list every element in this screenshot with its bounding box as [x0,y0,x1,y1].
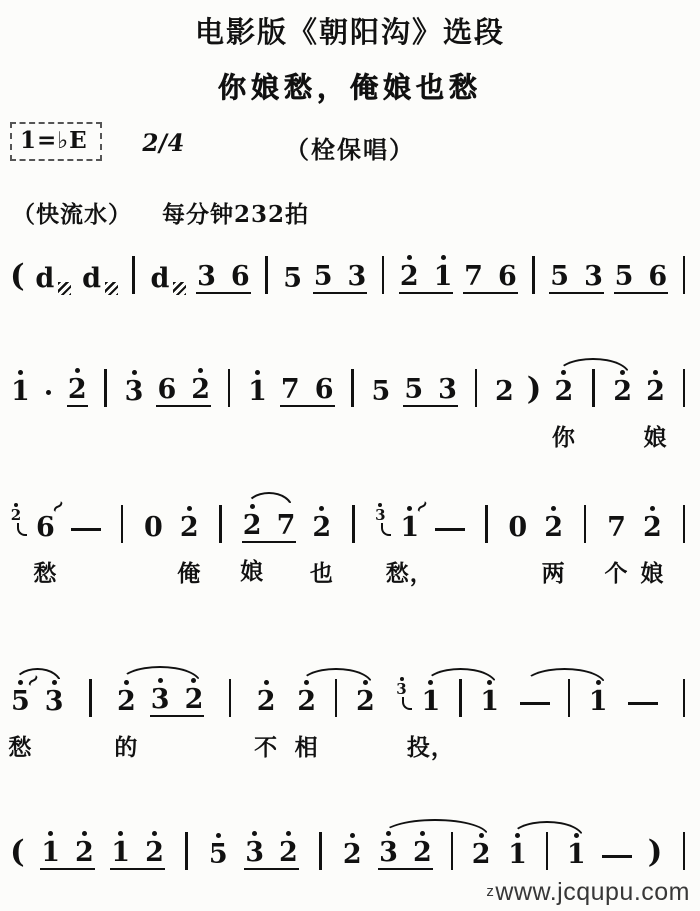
note: 1≀愁， [399,504,420,543]
note-digit: 3 [244,838,265,868]
note-digit: 1 [479,687,500,717]
note: 1 [588,678,609,717]
note-digit: 2 [144,838,165,868]
score-line-3: 26≀愁02俺2娘72也31≀愁，02两7个2娘 [6,501,694,543]
lyric: 投， [407,729,455,762]
note-digit: 1 [40,838,61,868]
note-digit: 1 [433,262,454,292]
watermark-url: www.jcqupu.com [495,878,690,906]
score-line-1: (ddd3655321765356 [6,253,694,294]
barline [180,832,192,870]
note-digit: 2 [179,513,200,543]
tremolo-slashes [58,282,71,295]
note-digit: 6 [497,262,518,292]
note-digit: 3 [347,262,368,292]
note: 2 [412,829,433,868]
barline [563,679,575,717]
note-digit: 1 [421,687,442,717]
note: d [149,255,170,294]
note: 5 [549,253,570,292]
barline [678,679,690,717]
note-digit: 2 [11,508,21,523]
augmentation-dot [43,390,55,407]
note-group: 1 [520,678,609,717]
note: 5 [208,831,229,870]
barline [224,679,236,717]
note-digit: 5 [208,840,229,870]
note-group: 56 [614,253,669,294]
note: 2 [184,676,205,715]
note: d [34,255,55,294]
lyric: 娘 [640,555,664,588]
note-group: 62 [156,366,211,407]
note-digit: 3 [150,685,171,715]
barline [347,369,359,407]
note-digit: 6 [35,513,56,543]
note: 1投， [421,678,442,717]
note-digit: 2 [494,377,515,407]
note: 0 [507,504,528,543]
note-digit: 6 [156,375,177,405]
note: 2 [612,368,633,407]
note: 2 [494,368,515,407]
note-digit: 1 [588,687,609,717]
note-digit: 2 [296,687,317,717]
barline [446,832,458,870]
lyric: 愁 [8,729,32,762]
note-digit: 2 [642,513,663,543]
note-digit: 7 [280,375,301,405]
barline [587,369,599,407]
note: 5 [371,368,392,407]
note-digit: 7 [463,262,484,292]
note: 2娘 [645,368,666,407]
note: 2 [278,829,299,868]
lyric: 不 [254,729,278,762]
note-digit: 1 [399,513,420,543]
note: 1 [247,368,268,407]
note-group: 21 [399,253,454,294]
barline [528,256,540,294]
note-group: 5≀愁3 [10,678,65,717]
barline [223,369,235,407]
note: 1 [10,368,31,407]
lyric: 相 [295,729,319,762]
note-group: 12 [40,829,95,870]
note: 2 [399,253,420,292]
note-digit: 0 [143,513,164,543]
lyric: 个 [605,555,629,588]
note: 1 [507,831,528,870]
grace-note: 3 [374,501,386,543]
note: 2 [144,829,165,868]
song-title: 你娘愁，俺娘也愁 [6,66,694,106]
note-group: 36 [196,253,251,294]
dash-note [435,528,465,544]
note: 6 [314,366,335,405]
note-digit: 5 [403,375,424,405]
note-digit: 2 [190,375,211,405]
note-digit: 7 [276,511,297,541]
paren-text: ( [10,834,25,870]
note: 6 [647,253,668,292]
note: 0 [143,504,164,543]
note: 5 [403,366,424,405]
note: 3 [124,368,145,407]
grace-hook [17,523,27,536]
tempo-row: （快流水） 每分钟232拍 [6,196,694,229]
note: 2娘 [242,502,263,541]
note: 1 [40,829,61,868]
note: 3 [347,253,368,292]
barline [84,679,96,717]
note: 1 [479,678,500,717]
note-digit: 3 [196,262,217,292]
note-digit: 3 [583,262,604,292]
note: 5 [282,255,303,294]
note-digit: 5 [371,377,392,407]
barline [314,832,326,870]
note-group: 32 [378,829,433,870]
note-digit: 2 [278,838,299,868]
dash-note [71,528,101,544]
key-signature: 1=♭E [10,122,102,161]
barline [116,505,128,543]
note-digit: d [149,264,170,294]
time-signature: 2/4 [140,128,186,157]
barline [330,679,342,717]
sheet-music-page: 电影版《朝阳沟》选段 你娘愁，俺娘也愁 1=♭E 2/4 （栓保唱） （快流水）… [0,0,700,911]
note-group: 32 [244,829,299,870]
wavy-ornament: ≀ [48,498,66,515]
performer-label: （栓保唱） [285,118,415,165]
note: 1 [566,831,587,870]
note-group: 322 [378,829,491,870]
note-digit: 2 [399,262,420,292]
note-digit: 2 [543,513,564,543]
barline [347,505,359,543]
grace-hook [381,523,391,536]
note: 6 [156,366,177,405]
note-digit: d [34,264,55,294]
watermark-prefix: z [486,883,494,900]
note-digit: 2 [645,377,666,407]
tremolo-slashes [173,282,186,295]
note: 7 [463,253,484,292]
note: 2相 [296,678,317,717]
note-digit: 5 [282,264,303,294]
note-digit: 2 [256,687,277,717]
note-group: 12 [110,829,165,870]
note-group: 32 [150,676,205,717]
note: 2 [190,366,211,405]
note-digit: 2 [471,840,492,870]
note-digit: 6 [647,262,668,292]
barline [470,369,482,407]
barline [377,256,389,294]
barline [480,505,492,543]
note-digit: 1 [247,377,268,407]
note-group: 2相2 [296,678,376,717]
note-group: 2你2 [553,368,633,407]
note-digit: 5 [614,262,635,292]
tempo-style-label: （快流水） [12,196,132,229]
paren-text: ( [10,258,25,294]
barline [128,256,140,294]
note-group: 53 [313,253,368,294]
note: 6 [230,253,251,292]
score-line-4: 5≀愁32的322不2相231投，11 [6,675,694,717]
note: 2 [67,366,88,407]
note-group: 53 [549,253,604,294]
barline [678,505,690,543]
note-digit: 6 [230,262,251,292]
lyric: 娘 [240,553,264,586]
note-group: 2的32 [116,676,204,717]
paren-text: ) [648,834,663,870]
note: 5 [614,253,635,292]
barline [678,369,690,407]
wavy-ornament: ≀ [23,672,41,689]
note-digit: 2 [242,511,263,541]
note-group: 76 [280,366,335,407]
note: 5≀愁 [10,678,31,717]
barline [541,832,553,870]
lyric: 你 [552,419,576,452]
note: 2也 [311,504,332,543]
note-digit: 2 [553,377,574,407]
note-digit: d [81,264,102,294]
note: 3 [150,676,171,715]
note: 2你 [553,368,574,407]
note-digit: 6 [314,375,335,405]
note-digit: 3 [437,375,458,405]
note-digit: 5 [10,687,31,717]
note-digit: 5 [549,262,570,292]
note: 6 [497,253,518,292]
note-digit: 1 [10,377,31,407]
note: 7 [276,502,297,541]
note: 2 [355,678,376,717]
lyric: 也 [310,555,334,588]
note-digit: 2 [184,685,205,715]
note-group: 11 [507,831,587,870]
lyric: 愁， [386,555,434,588]
note: 3 [196,253,217,292]
barline [260,256,272,294]
note: 2 [342,831,363,870]
note: d [81,255,102,294]
note: 2不 [256,678,277,717]
barline [215,505,227,543]
key-row: 1=♭E 2/4 （栓保唱） [6,118,694,168]
barline [579,505,591,543]
barline [100,369,112,407]
note-digit: 2 [67,375,88,407]
lyric: 娘 [643,419,667,452]
note-group: 26≀愁 [10,501,56,543]
note-group: 31≀愁， [374,501,420,543]
note: 7 [280,366,301,405]
note-group: 1投，1 [421,678,501,717]
note-digit: 3 [378,838,399,868]
note-digit: 2 [612,377,633,407]
dash-note [520,702,550,718]
note-group: 31投，1 [396,675,501,717]
grace-note: 2 [10,501,22,543]
note: 3 [44,678,65,717]
lyric: 的 [114,729,138,762]
tempo-bpm-label: 每分钟232拍 [162,196,309,229]
note-digit: 2 [412,838,433,868]
grace-note: 3 [396,675,408,717]
note-group: 2娘7 [242,502,297,543]
note: 2娘 [642,504,663,543]
note-group: 53 [403,366,458,407]
note-digit: 7 [606,513,627,543]
note-digit: 1 [507,840,528,870]
note: 1 [110,829,131,868]
barline [454,679,466,717]
note: 3 [244,829,265,868]
lyric: 两 [542,555,566,588]
note-digit: 3 [44,687,65,717]
score-line-5: (1212532232211) [6,829,694,870]
note-digit: 2 [342,840,363,870]
grace-hook [402,697,412,710]
score-line-2: 123621765532)2你22娘 [6,366,694,407]
wavy-ornament: ≀ [412,498,430,515]
note-digit: 3 [396,682,406,697]
dash-note [602,855,632,871]
watermark: zwww.jcqupu.com [486,878,690,907]
barline [678,256,690,294]
note: 5 [313,253,334,292]
note: 2的 [116,678,137,717]
note-digit: 2 [311,513,332,543]
page-title: 电影版《朝阳沟》选段 [6,10,694,51]
note: 6≀愁 [35,504,56,543]
note: 3 [583,253,604,292]
note-digit: 1 [566,840,587,870]
note: 2俺 [179,504,200,543]
note-digit: 0 [507,513,528,543]
note-group: 76 [463,253,518,294]
note: 7个 [606,504,627,543]
note-digit: 1 [110,838,131,868]
tremolo-slashes [105,282,118,295]
lyric: 愁 [33,555,57,588]
dash-note [628,702,658,718]
note-digit: 2 [74,838,95,868]
note-digit: 2 [355,687,376,717]
note: 3 [378,829,399,868]
note-digit: 5 [313,262,334,292]
note-digit: 3 [124,377,145,407]
note: 2 [74,829,95,868]
note: 2 [471,831,492,870]
note-digit: 2 [116,687,137,717]
note: 2两 [543,504,564,543]
note-digit: 3 [375,508,385,523]
note: 3 [437,366,458,405]
lyric: 俺 [177,555,201,588]
note: 1 [433,253,454,292]
paren-text: ) [527,371,542,407]
barline [678,832,690,870]
